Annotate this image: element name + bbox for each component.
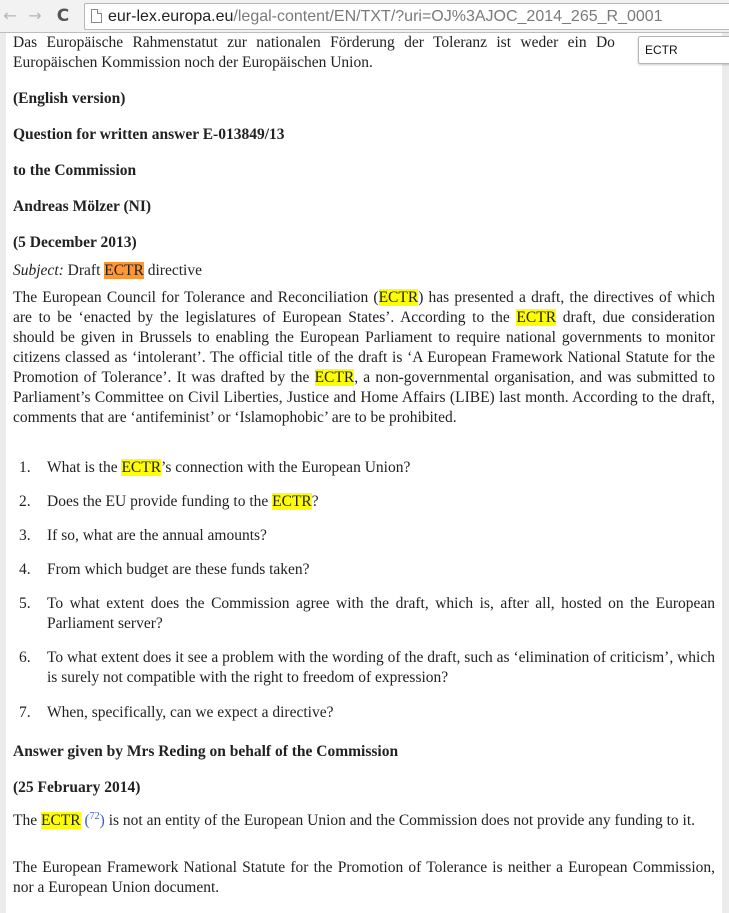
item-text: When, specifically, can we expect a dire… xyxy=(47,703,715,723)
page-content: Das Europäische Rahmenstatut zur nationa… xyxy=(6,33,722,913)
item-text: To what extent does the Commission agree… xyxy=(47,594,715,634)
answer-heading: Answer given by Mrs Reding on behalf of … xyxy=(13,742,398,762)
footnote-number: 72 xyxy=(90,811,100,822)
forward-arrow-icon[interactable]: → xyxy=(25,5,45,27)
item-number: 1. xyxy=(19,458,31,478)
find-match: ECTR xyxy=(272,493,312,510)
find-match: ECTR xyxy=(379,289,419,306)
address-bar[interactable]: eur-lex.europa.eu/legal-content/EN/TXT/?… xyxy=(84,3,729,30)
item-text: From which budget are these funds taken? xyxy=(47,560,715,580)
german-text-line2: Europäischen Kommission noch der Europäi… xyxy=(13,54,373,71)
german-text-line1: Das Europäische Rahmenstatut zur nationa… xyxy=(13,34,615,51)
subject-post: directive xyxy=(144,262,202,279)
item-number: 4. xyxy=(19,560,31,580)
item-post: ? xyxy=(312,493,319,510)
question-date: (5 December 2013) xyxy=(13,233,137,253)
item-number: 7. xyxy=(19,703,31,723)
author: Andreas Mölzer (NI) xyxy=(13,197,151,217)
item-number: 5. xyxy=(19,594,31,614)
footnote-open: ( xyxy=(81,812,90,829)
find-match: ECTR xyxy=(41,812,81,829)
subject-label: Subject: xyxy=(13,262,64,279)
subject-pre: Draft xyxy=(64,262,104,279)
intro-paragraph: The European Council for Tolerance and R… xyxy=(13,288,715,428)
answer-post: is not an entity of the European Union a… xyxy=(105,812,695,829)
find-match-active: ECTR xyxy=(104,262,144,279)
german-paragraph: Das Europäische Rahmenstatut zur nationa… xyxy=(13,33,715,73)
item-text: Does the EU provide funding to the ECTR? xyxy=(47,492,715,512)
find-match: ECTR xyxy=(315,369,355,386)
subject-line: Subject: Draft ECTR directive xyxy=(13,261,202,281)
answer-paragraph-1: The ECTR (72) is not an entity of the Eu… xyxy=(13,811,715,831)
find-in-page-input[interactable]: ECTR xyxy=(638,36,729,64)
item-post: ’s connection with the European Union? xyxy=(161,459,410,476)
url-host: eur-lex.europa.eu xyxy=(108,8,233,25)
addressee: to the Commission xyxy=(13,161,136,181)
footnote-link[interactable]: (72) xyxy=(81,812,105,829)
url-text: eur-lex.europa.eu/legal-content/EN/TXT/?… xyxy=(108,4,663,29)
browser-toolbar: ← → C eur-lex.europa.eu/legal-content/EN… xyxy=(0,0,729,33)
back-arrow-icon[interactable]: ← xyxy=(0,5,20,27)
reload-icon[interactable]: C xyxy=(53,5,73,27)
item-number: 3. xyxy=(19,526,31,546)
url-path: /legal-content/EN/TXT/?uri=OJ%3AJOC_2014… xyxy=(233,8,662,25)
answer-pre: The xyxy=(13,812,41,829)
page-icon xyxy=(91,9,102,23)
item-text: If so, what are the annual amounts? xyxy=(47,526,715,546)
answer-paragraph-2: The European Framework National Statute … xyxy=(13,858,715,898)
intro-s1: The European Council for Tolerance and R… xyxy=(13,289,379,306)
english-version-label: (English version) xyxy=(13,89,125,109)
item-pre: Does the EU provide funding to the xyxy=(47,493,272,510)
item-text: What is the ECTR’s connection with the E… xyxy=(47,458,715,478)
item-text: To what extent does it see a problem wit… xyxy=(47,648,715,688)
question-reference: Question for written answer E-013849/13 xyxy=(13,125,285,145)
find-match: ECTR xyxy=(121,459,161,476)
answer-date: (25 February 2014) xyxy=(13,778,140,798)
item-number: 6. xyxy=(19,648,31,668)
item-pre: What is the xyxy=(47,459,121,476)
find-match: ECTR xyxy=(516,309,556,326)
item-number: 2. xyxy=(19,492,31,512)
